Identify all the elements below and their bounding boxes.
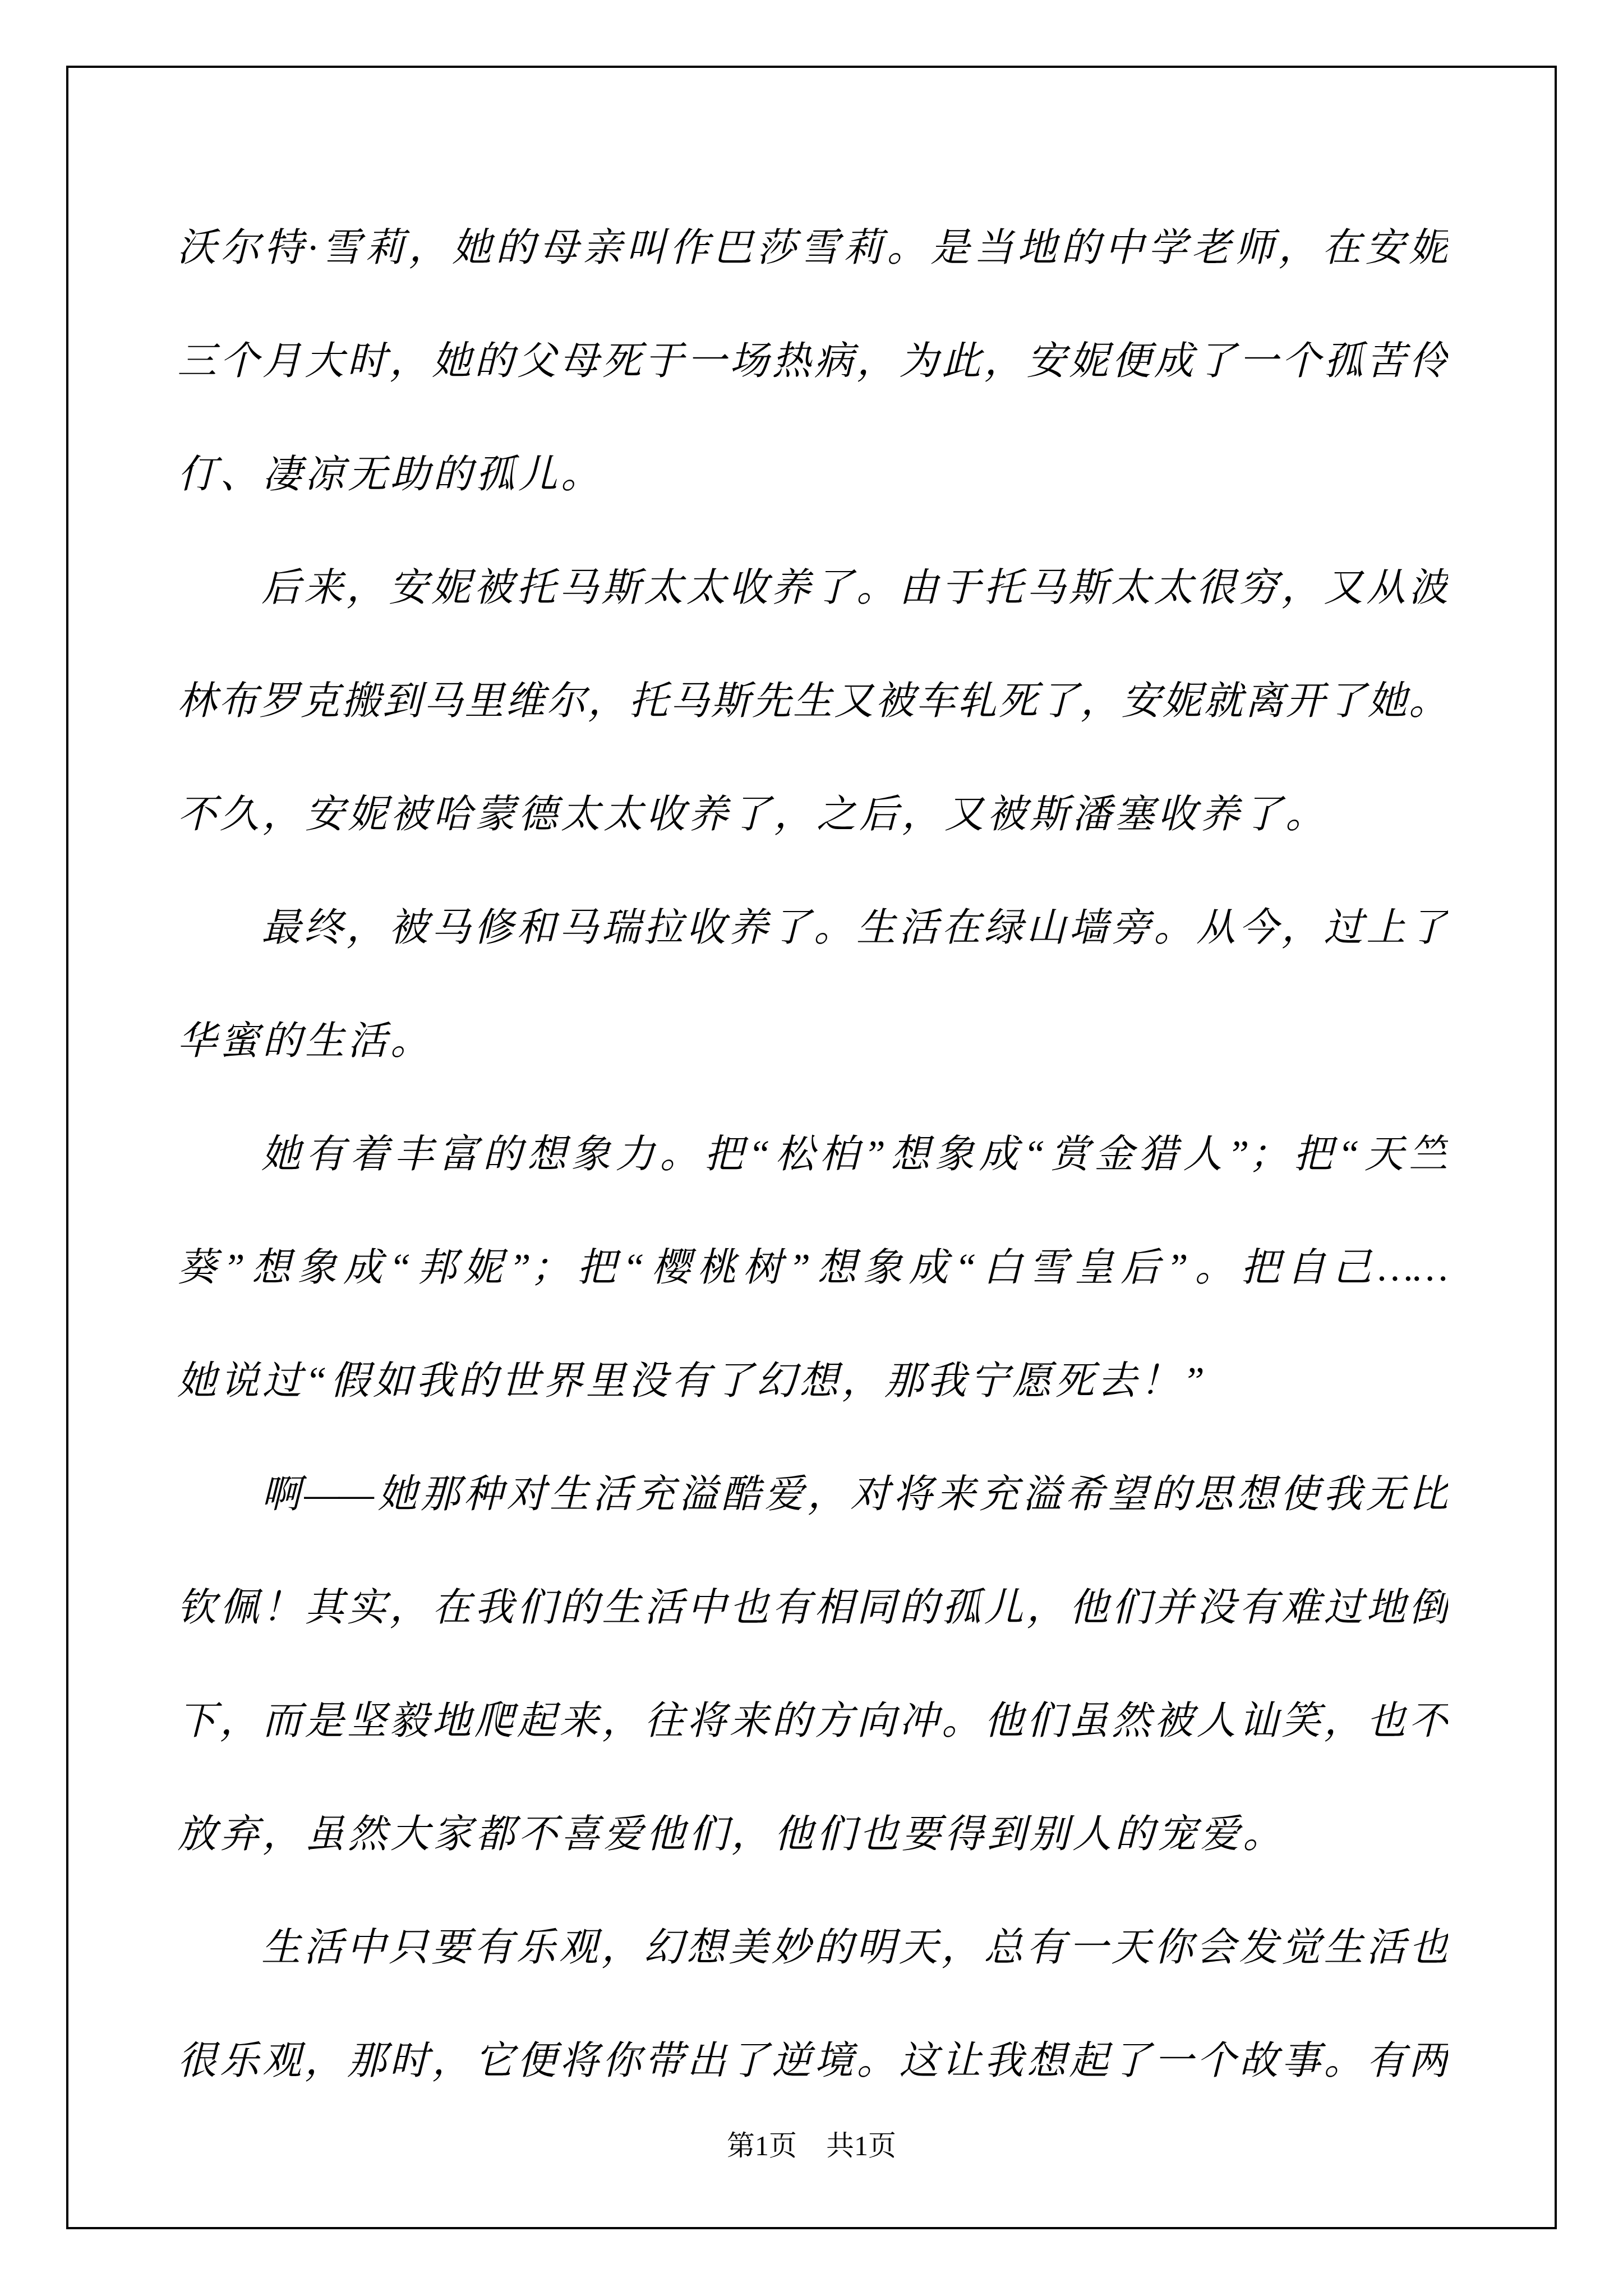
text-line: 三个月大时，她的父母死于一场热病，为此，安妮便成了一个孤苦伶 <box>177 305 1448 418</box>
text-line: 葵”想象成“邦妮”；把“樱桃树”想象成“白雪皇后”。把自己…… <box>177 1212 1448 1325</box>
text-line: 不久，安妮被哈蒙德太太收养了，之后，又被斯潘塞收养了。 <box>177 758 1448 872</box>
text-line: 生活中只要有乐观，幻想美妙的明天，总有一天你会发觉生活也 <box>177 1892 1448 2005</box>
text-line: 后来，安妮被托马斯太太收养了。由于托马斯太太很穷，又从波 <box>177 532 1448 645</box>
document-page: 沃尔特·雪莉，她的母亲叫作巴莎雪莉。是当地的中学老师，在安妮三个月大时，她的父母… <box>0 0 1623 2296</box>
text-line: 放弃，虽然大家都不喜爱他们，他们也要得到别人的宠爱。 <box>177 1778 1448 1892</box>
text-line: 下，而是坚毅地爬起来，往将来的方向冲。他们虽然被人讪笑，也不 <box>177 1665 1448 1778</box>
text-line: 很乐观，那时，它便将你带出了逆境。这让我想起了一个故事。有两 <box>177 2005 1448 2118</box>
text-line: 华蜜的生活。 <box>177 985 1448 1098</box>
text-line: 沃尔特·雪莉，她的母亲叫作巴莎雪莉。是当地的中学老师，在安妮 <box>177 192 1448 305</box>
document-body: 沃尔特·雪莉，她的母亲叫作巴莎雪莉。是当地的中学老师，在安妮三个月大时，她的父母… <box>177 192 1448 2118</box>
text-line: 她有着丰富的想象力。把“松柏”想象成“赏金猎人”；把“天竺 <box>177 1098 1448 1212</box>
text-line: 最终，被马修和马瑞拉收养了。生活在绿山墙旁。从今，过上了 <box>177 872 1448 985</box>
page-footer: 第1页共1页 <box>0 2125 1623 2166</box>
text-line: 她说过“假如我的世界里没有了幻想，那我宁愿死去！” <box>177 1325 1448 1438</box>
text-line: 仃、凄凉无助的孤儿。 <box>177 418 1448 532</box>
text-line: 啊——她那种对生活充溢酷爱，对将来充溢希望的思想使我无比 <box>177 1438 1448 1552</box>
page-total: 共1页 <box>826 2125 896 2166</box>
text-line: 钦佩！其实，在我们的生活中也有相同的孤儿，他们并没有难过地倒 <box>177 1552 1448 1665</box>
page-number: 第1页 <box>727 2125 797 2166</box>
text-line: 林布罗克搬到马里维尔，托马斯先生又被车轧死了，安妮就离开了她。 <box>177 645 1448 758</box>
